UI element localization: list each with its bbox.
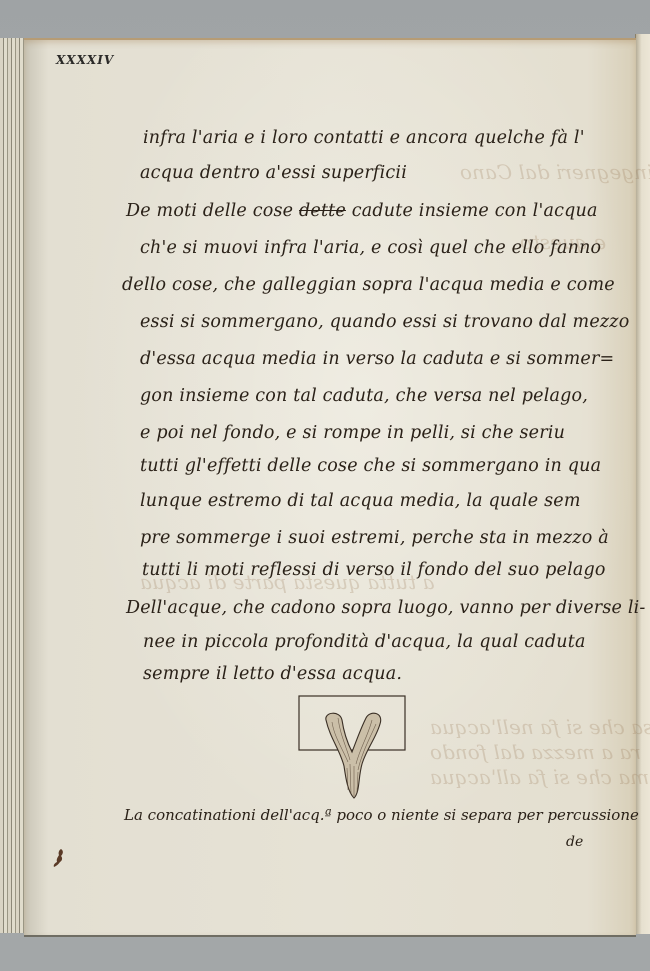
text-line-8: gon insieme con tal caduta, che versa ne… xyxy=(140,386,588,406)
facing-page-edge xyxy=(635,34,650,934)
text-line-5: dello cose, che galleggian sopra l'acqua… xyxy=(122,275,615,295)
line-3-start: De moti delle cose xyxy=(126,201,293,221)
text-line-14: Dell'acque, che cadono sopra luogo, vann… xyxy=(126,598,646,618)
water-stream-sketch xyxy=(296,694,408,804)
text-line-4: ch'e si muovi infra l'aria, e così quel … xyxy=(140,238,601,258)
text-line-12: pre sommerge i suoi estremi, perche sta … xyxy=(140,528,609,548)
text-line-16: sempre il letto d'essa acqua. xyxy=(143,664,402,684)
text-line-7: d'essa acqua media in verso la caduta e … xyxy=(140,349,614,369)
text-line-13: tutti li moti reflessi di verso il fondo… xyxy=(142,560,606,580)
text-line-1: infra l'aria e i loro contatti e ancora … xyxy=(143,128,585,148)
struck-word: dette xyxy=(299,201,346,221)
text-line-10: tutti gl'effetti delle cose che si somme… xyxy=(140,456,601,476)
text-line-2: acqua dentro a'essi superficii xyxy=(140,163,407,183)
text-line-15: nee in piccola profondità d'acqua, la qu… xyxy=(143,632,586,652)
text-line-3: De moti delle cose dette cadute insieme … xyxy=(126,201,598,221)
ink-stain xyxy=(52,848,66,870)
text-line-6: essi si sommergano, quando essi si trova… xyxy=(140,312,629,332)
text-line-9: e poi nel fondo, e si rompe in pelli, si… xyxy=(140,423,565,443)
concluding-note: La concatinationi dell'acq.ª poco o nien… xyxy=(124,806,639,824)
folio-number: XXXXIV xyxy=(56,53,114,67)
text-line-11: lunque estremo di tal acqua media, la qu… xyxy=(140,491,581,511)
catchword: de xyxy=(566,834,583,850)
line-3-end: cadute insieme con l'acqua xyxy=(352,201,598,221)
